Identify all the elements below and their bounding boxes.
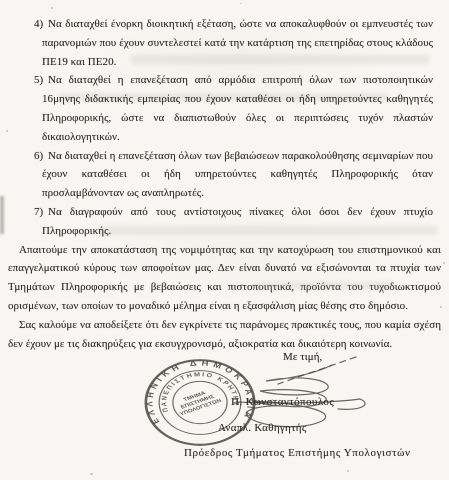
- signer-role: Πρόεδρος Τμήματος Επιστήμης Υπολογιστών: [184, 447, 411, 459]
- letter-body: 4)Να διαταχθεί ένορκη διοικητική εξέταση…: [0, 0, 449, 353]
- list-item-text: Να διαταχθεί η επανεξέταση από αρμόδια ε…: [42, 74, 433, 142]
- scan-speck: [51, 7, 53, 9]
- signer-title: Αναπλ. Καθηγητής: [218, 422, 307, 434]
- scan-smudge: [255, 282, 395, 289]
- list-item-4: 4)Να διαταχθεί ένορκη διοικητική εξέταση…: [0, 15, 433, 71]
- signer-name: Π. Κωνσταντόπουλος: [231, 396, 334, 408]
- salutation: Με τιμή,: [283, 351, 322, 363]
- list-item-6: 6)Να διαταχθεί η επανεξέταση όλων των βε…: [0, 147, 433, 203]
- scan-speck: [240, 3, 242, 4]
- paragraph-appeal: Σας καλούμε να αποδείξετε ότι δεν εγκρίν…: [8, 316, 441, 354]
- list-item-number: 6): [34, 147, 43, 166]
- scan-speck: [90, 473, 93, 475]
- list-item-text: Να διαταχθεί ένορκη διοικητική εξέταση, …: [42, 18, 433, 68]
- scan-speck: [440, 306, 442, 308]
- list-item-number: 4): [34, 15, 43, 34]
- scan-speck: [443, 262, 445, 264]
- scanned-letter-page: 4)Να διαταχθεί ένορκη διοικητική εξέταση…: [0, 0, 449, 480]
- paragraph-demand: Απαιτούμε την αποκατάσταση της νομιμότητ…: [8, 241, 441, 316]
- list-item-number: 7): [34, 203, 43, 222]
- list-item-7: 7)Να διαγραφούν από τους αντίστοιχους πί…: [0, 203, 433, 241]
- list-item-text: Να διαγραφούν από τους αντίστοιχους πίνα…: [42, 206, 433, 237]
- list-item-5: 5)Να διαταχθεί η επανεξέταση από αρμόδια…: [0, 71, 433, 146]
- scan-speck: [347, 470, 349, 472]
- list-item-text: Να διαταχθεί η επανεξέταση όλων των βεβα…: [42, 150, 433, 200]
- list-item-number: 5): [34, 71, 43, 90]
